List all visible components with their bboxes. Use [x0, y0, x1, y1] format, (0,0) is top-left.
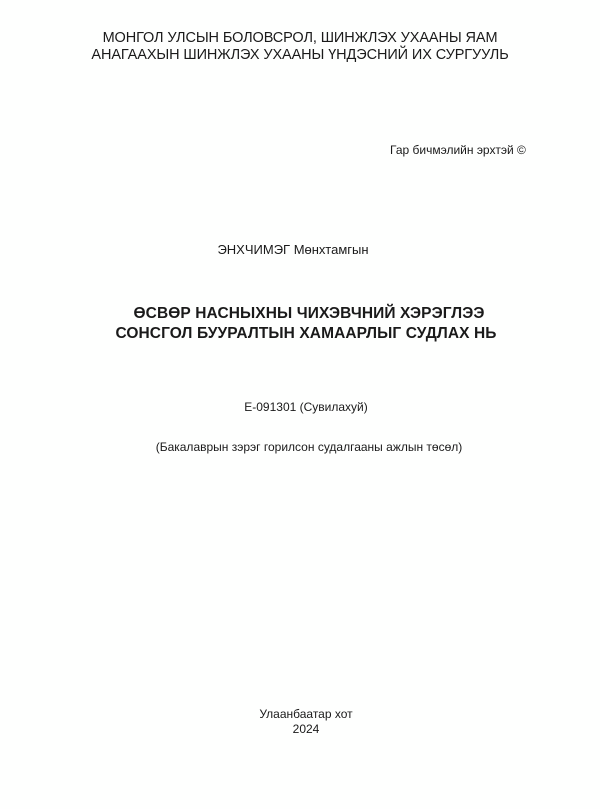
thesis-title-line-1: ӨСВӨР НАСНЫХНЫ ЧИХЭВЧНИЙ ХЭРЭГЛЭЭ	[9, 304, 600, 324]
thesis-title-line-2: СОНСГОЛ БУУРАЛТЫН ХАМААРЛЫГ СУДЛАХ НЬ	[6, 324, 600, 344]
degree-note: (Бакалаврын зэрэг горилсон судалгааны аж…	[9, 440, 600, 454]
document-page: МОНГОЛ УЛСЫН БОЛОВСРОЛ, ШИНЖЛЭХ УХААНЫ Я…	[0, 0, 600, 809]
institution-line-2: АНАГААХЫН ШИНЖЛЭХ УХААНЫ ҮНДЭСНИЙ ИХ СУР…	[0, 46, 600, 64]
copyright-notice: Гар бичмэлийн эрхтэй ©	[390, 143, 526, 157]
institution-line-1: МОНГОЛ УЛСЫН БОЛОВСРОЛ, ШИНЖЛЭХ УХААНЫ Я…	[0, 29, 600, 47]
year: 2024	[6, 722, 600, 737]
program-code: E-091301 (Сувилахуй)	[6, 400, 600, 414]
city: Улаанбаатар хот	[6, 707, 600, 722]
author-name: ЭНХЧИМЭГ Мөнхтамгын	[0, 242, 593, 257]
